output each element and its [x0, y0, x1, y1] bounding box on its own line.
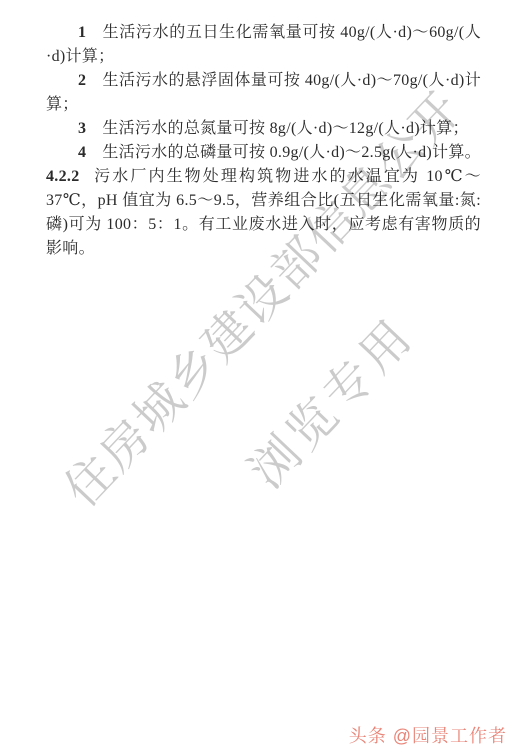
clause-text: 污水厂内生物处理构筑物进水的水温宜为 10℃～37℃，pH 值宜为 6.5～9.… — [46, 168, 481, 257]
item-number: 4 — [78, 144, 102, 161]
document-page: 住房城乡建设部信息公开 浏览专用 1生活污水的五日生化需氧量可按 40g/(人·… — [0, 0, 516, 756]
document-body: 1生活污水的五日生化需氧量可按 40g/(人·d)～60g/(人·d)计算； 2… — [46, 21, 481, 261]
item-text: 生活污水的五日生化需氧量可按 40g/(人·d)～60g/(人·d)计算； — [46, 24, 481, 65]
numbered-item-3: 3生活污水的总氮量可按 8g/(人·d)～12g/(人·d)计算； — [46, 117, 481, 141]
item-text: 生活污水的总氮量可按 8g/(人·d)～12g/(人·d)计算； — [102, 120, 468, 137]
item-number: 1 — [78, 24, 102, 41]
item-number: 2 — [78, 72, 102, 89]
numbered-item-1: 1生活污水的五日生化需氧量可按 40g/(人·d)～60g/(人·d)计算； — [46, 21, 481, 69]
item-text: 生活污水的悬浮固体量可按 40g/(人·d)～70g/(人·d)计算； — [46, 72, 481, 113]
clause-number: 4.2.2 — [46, 168, 92, 185]
numbered-item-2: 2生活污水的悬浮固体量可按 40g/(人·d)～70g/(人·d)计算； — [46, 69, 481, 117]
numbered-item-4: 4生活污水的总磷量可按 0.9g/(人·d)～2.5g(人·d)计算。 — [46, 141, 481, 165]
clause-4-2-2: 4.2.2污水厂内生物处理构筑物进水的水温宜为 10℃～37℃，pH 值宜为 6… — [46, 165, 481, 261]
browse-only-diagonal-watermark: 浏览专用 — [231, 299, 427, 500]
item-text: 生活污水的总磷量可按 0.9g/(人·d)～2.5g(人·d)计算。 — [102, 144, 481, 161]
item-number: 3 — [78, 120, 102, 137]
toutiao-author-watermark: 头条 @园景工作者 — [349, 722, 507, 748]
